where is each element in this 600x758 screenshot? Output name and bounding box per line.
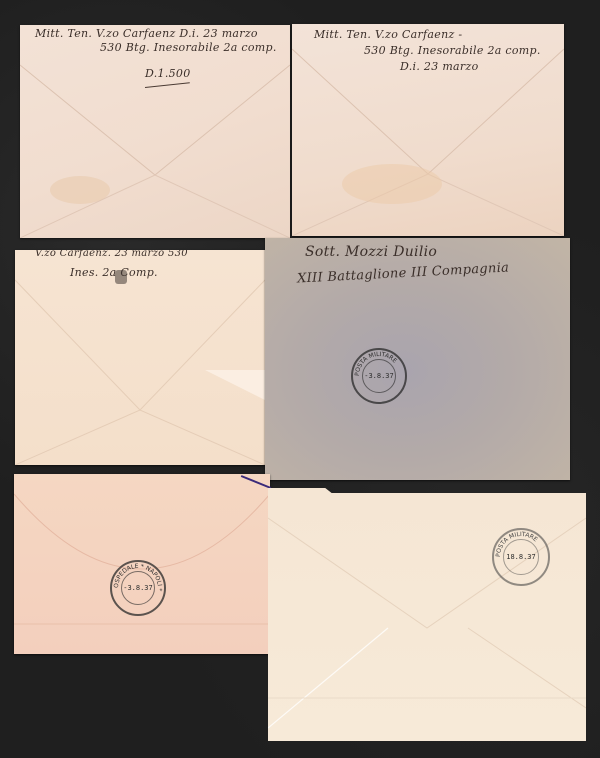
svg-text:POSTA MILITARE: POSTA MILITARE: [354, 351, 398, 376]
envelope-cover-2: Mitt. Ten. V.zo Carfaenz - 530 Btg. Ines…: [292, 24, 564, 236]
postmark-stamp: POSTA MILITARE -3.8.37: [351, 348, 407, 404]
envelope-flap-lines: [15, 250, 265, 465]
postmark-stamp: OSPEDALE * NAPOLI * -3.8.37: [110, 560, 166, 616]
postmark-stamp: POSTA MILITARE 18.8.37: [492, 528, 550, 586]
handwriting-line: 530 Btg. Inesorabile 2a comp.: [364, 44, 541, 57]
handwriting-line: 530 Btg. Inesorabile 2a comp.: [100, 41, 277, 54]
envelope-cover-3: V.zo Carfaenz. 23 marzo 530 Ines. 2a Com…: [15, 250, 265, 465]
postmark-ring-text: POSTA MILITARE: [494, 530, 548, 584]
svg-text:POSTA MILITARE: POSTA MILITARE: [495, 531, 539, 557]
envelope-cover-1: Mitt. Ten. V.zo Carfaenz D.i. 23 marzo 5…: [20, 25, 290, 238]
handwriting-line: V.zo Carfaenz. 23 marzo 530: [35, 250, 188, 259]
envelope-cover-5: OSPEDALE * NAPOLI * -3.8.37: [14, 474, 270, 654]
handwriting-line: Ines. 2a Comp.: [70, 266, 158, 279]
album-page: Mitt. Ten. V.zo Carfaenz D.i. 23 marzo 5…: [0, 0, 600, 758]
handwriting-line: Sott. Mozzi Duilio: [305, 244, 437, 260]
envelope-flap-lines: [20, 25, 290, 238]
postmark-ring-text: POSTA MILITARE: [353, 350, 405, 402]
handwriting-line: D.i. 23 marzo: [400, 60, 479, 73]
envelope-cover-6: POSTA MILITARE 18.8.37: [268, 488, 586, 741]
svg-text:OSPEDALE * NAPOLI *: OSPEDALE * NAPOLI *: [113, 563, 163, 592]
handwriting-line: XIII Battaglione III Compagnia: [297, 260, 510, 286]
handwriting-line: Mitt. Ten. V.zo Carfaenz D.i. 23 marzo: [35, 27, 258, 40]
envelope-cover-4: Sott. Mozzi Duilio XIII Battaglione III …: [265, 238, 570, 480]
ink-smudge: [115, 270, 127, 284]
handwriting-line: Mitt. Ten. V.zo Carfaenz -: [314, 28, 462, 41]
postmark-ring-text: OSPEDALE * NAPOLI *: [112, 562, 164, 614]
handwriting-line: D.1.500: [145, 67, 191, 80]
envelope-flap-lines: [268, 488, 586, 741]
